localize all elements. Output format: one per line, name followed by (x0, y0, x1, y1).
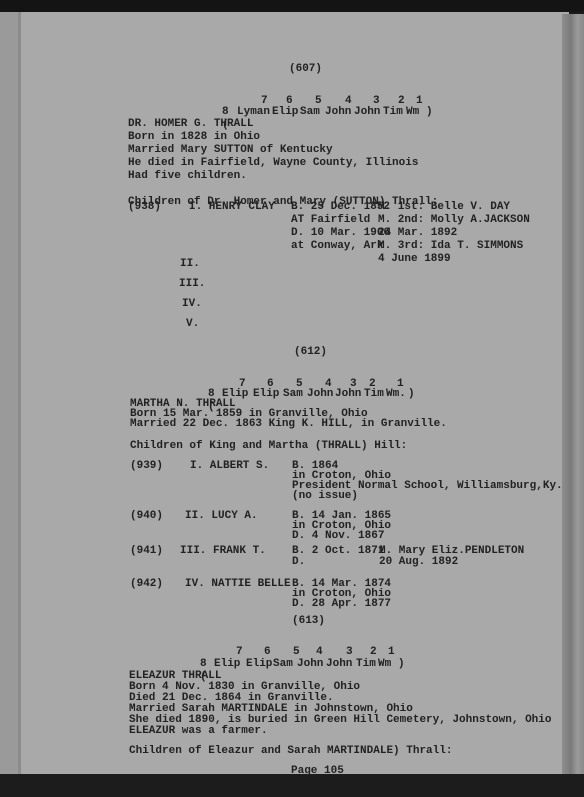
lineage-name: Tim (356, 658, 376, 671)
child-marriage: M. 2nd: Molly A.JACKSON (378, 214, 530, 227)
page-fold-shadow (18, 12, 21, 774)
lineage-name: John (325, 106, 351, 119)
lineage-name: Wm (406, 106, 419, 119)
child-detail: D. 10 Mar. 1906 (291, 227, 390, 240)
child-name: I. HENRY CLAY (189, 201, 275, 214)
child-detail: D. 28 Apr. 1877 (292, 598, 391, 611)
page-left-margin (0, 12, 18, 774)
lineage-name: Sam (283, 388, 303, 401)
lineage-name: Elip (272, 106, 298, 119)
lineage-name: John (354, 106, 380, 119)
child-name: IV. NATTIE BELLE (185, 578, 291, 591)
child-marriage: M. 3rd: Ida T. SIMMONS (378, 240, 523, 253)
child-detail: (no issue) (292, 490, 358, 503)
child-id: (939) (130, 460, 163, 473)
section-number: (607) (289, 63, 322, 76)
person-detail: He died in Fairfield, Wayne County, Illi… (128, 157, 418, 170)
child-marriage: 4 June 1899 (378, 253, 451, 266)
person-name: DR. HOMER G. THRALL (128, 118, 253, 131)
child-marriage: 20 Aug. 1892 (379, 556, 458, 569)
child-name: III. FRANK T. (180, 545, 266, 558)
child-detail: D. (292, 556, 305, 569)
lineage-name: John (326, 658, 352, 671)
lineage-name: Sam (300, 106, 320, 119)
lineage-name: Elip (253, 388, 279, 401)
lineage-name: Wm (378, 658, 391, 671)
child-name: IV. (182, 298, 202, 311)
person-detail: Married Mary SUTTON of Kentucky (128, 144, 333, 157)
child-detail: B. 2 Oct. 1871 (292, 545, 384, 558)
person-detail: Had five children. (128, 170, 247, 183)
lineage-name: John (297, 658, 323, 671)
children-heading: Children of Eleazur and Sarah MARTINDALE… (129, 745, 452, 758)
lineage-name: John (307, 388, 333, 401)
child-id: (942) (130, 578, 163, 591)
child-name: III. (179, 278, 205, 291)
lineage-suffix: ) (408, 388, 415, 401)
child-id: (938) (128, 201, 161, 214)
child-detail: at Conway, Ark (291, 240, 383, 253)
child-name: I. ALBERT S. (190, 460, 269, 473)
child-detail: D. 4 Nov. 1867 (292, 530, 384, 543)
person-detail: ELEAZUR was a farmer. (129, 725, 268, 738)
lineage-name: Wm. (386, 388, 406, 401)
child-marriage: M. 1st: Belle V. DAY (378, 201, 510, 214)
scan-top-border (0, 0, 584, 12)
child-name: V. (186, 318, 199, 331)
person-detail: Married 22 Dec. 1863 King K. HILL, in Gr… (130, 418, 447, 431)
lineage-name: Elip (246, 658, 272, 671)
lineage-name: Tim (383, 106, 403, 119)
section-number: (613) (292, 615, 325, 628)
page-right-edge (562, 14, 584, 774)
section-number: (612) (294, 346, 327, 359)
lineage-name: Tim (364, 388, 384, 401)
lineage-name: John (335, 388, 361, 401)
child-marriage: 24 Mar. 1892 (378, 227, 457, 240)
child-name: II. LUCY A. (185, 510, 258, 523)
lineage-name: Sam (273, 658, 293, 671)
lineage-suffix: ) (426, 106, 433, 119)
children-heading: Children of King and Martha (THRALL) Hil… (130, 440, 407, 453)
person-detail: Born in 1828 in Ohio (128, 131, 260, 144)
child-detail: B. 25 Dec. 1852 (291, 201, 390, 214)
child-id: (941) (130, 545, 163, 558)
child-name: II. (180, 258, 200, 271)
child-id: (940) (130, 510, 163, 523)
page-footer: Page 105 (291, 765, 344, 778)
lineage-suffix: ) (398, 658, 405, 671)
child-detail: AT Fairfield (291, 214, 370, 227)
